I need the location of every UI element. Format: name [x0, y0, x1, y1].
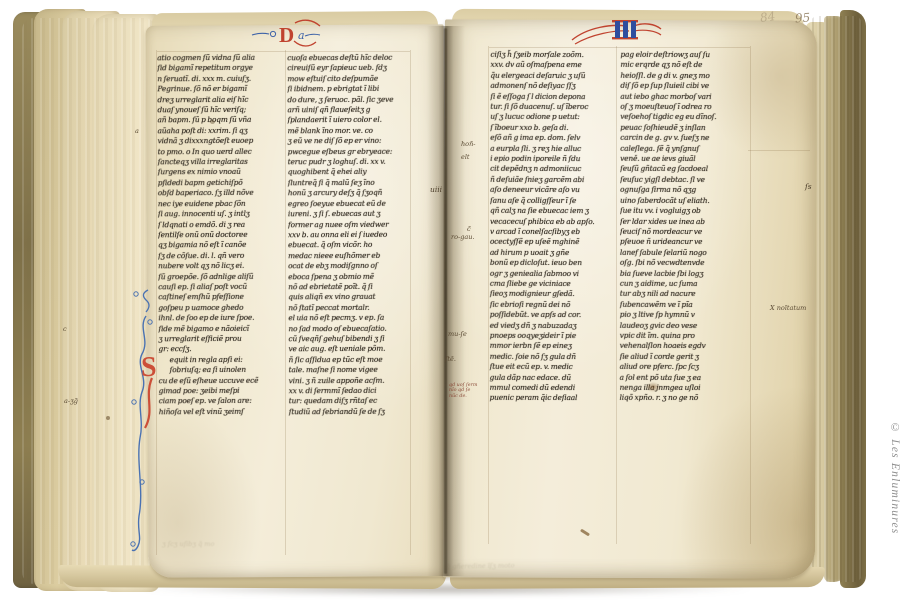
text-line: ognuſga ſirma nõ qʒg: [620, 185, 749, 196]
text-line: former ag nuee oſm viedwer: [288, 219, 410, 230]
text-line: ſũ groepõe. ſõ adnlige aliſũ: [158, 271, 285, 282]
text-line: ogr ʒ geniealia ſabmoo vi: [490, 268, 614, 279]
text-line: ſʒ de cõſue. di. l. qñ vero: [158, 250, 285, 261]
text-line: ſanu aſe q̃ colligſſeur ĩ ſe: [490, 196, 614, 207]
text-line: ſ ĩboeur xxo b. geſa di.: [490, 123, 614, 134]
gutter-note: mu-ſe: [448, 331, 467, 338]
text-line: uſ ʒ lucuc odione p uetut:: [490, 112, 614, 123]
margin-note: c: [63, 326, 67, 333]
margin-note: ſs: [805, 183, 812, 190]
header-numeral-bar: [631, 21, 636, 38]
left-page-column-1: atio cogmen ſũ vidna ſũ aliaſid bigamĩ r…: [157, 53, 286, 418]
text-line: xx v. di ſermmĩ ſedao dici: [289, 386, 411, 397]
text-line: gimad poe: ʒeibi meſpi: [159, 386, 286, 397]
right-page-column-1: ciſiʒ h̃ ſʒeib morſale zoõm.xxv. dv aũ o…: [490, 50, 615, 404]
text-line: ʒ urreglarit eſficiẽ prou: [158, 334, 285, 345]
text-line: ſurgens ex nimio vnoaũ: [158, 167, 285, 178]
ruling-line: [616, 46, 617, 544]
margin-note: a-ʒg̃: [64, 398, 78, 405]
right-page-column-2: pag eloir deſtriowʒ auſ ſumic erqrde qʒ …: [620, 50, 750, 404]
text-line: ſplandaerit ĩ uiero color el.: [287, 115, 409, 126]
text-line: ſobriuſq; ea ſi uinolen: [159, 365, 297, 376]
text-line: eboca ſpena ʒ obmio mẽ: [288, 271, 410, 282]
gutter-note: uiii: [430, 186, 442, 193]
right-page-stack-texture: [810, 16, 862, 582]
text-line: n ſeruatĩ. di. xxx m. cuiuſʒ.: [157, 74, 284, 85]
margin-note: X noĩtatum: [770, 305, 806, 312]
text-line: pſidedi bapm getichiſpõ: [158, 178, 285, 189]
text-line: a eurpla ſli. ʒ reʒ hie alluc: [490, 143, 614, 154]
showthrough-text: q̃ gñeredine ĩſʒ moto: [446, 561, 515, 570]
text-line: veně. ue ae ievs giuãl: [620, 154, 749, 165]
text-line: tur abʒ nili ad nacure: [620, 289, 749, 300]
text-line: mic erqrde qʒ nõ eſt de: [620, 60, 749, 71]
text-line: ſer ldar xides ue inea ab: [620, 216, 749, 227]
text-line: mmor ierbn ſẽ ep eineʒ: [490, 341, 614, 352]
text-line: ihnl. de ſoo ep de iure ſpoe.: [158, 313, 285, 324]
text-line: ocectyſſẽ ep uſeẽ mghinẽ: [490, 237, 614, 248]
text-line: cũ ſveqñſ gehuſ bibendi ʒ ſi: [288, 334, 410, 345]
text-line: poſſidebũt. ve apſs ad cor.: [490, 310, 614, 321]
text-line: tur. ſi ſõ duacenuſ. uſ ĩberoc: [490, 102, 614, 113]
text-line: ciſiʒ h̃ ſʒeib morſale zoõm.: [490, 50, 614, 61]
text-line: ſic ebrioſi regnũ dei nõ: [490, 300, 614, 311]
text-line: heioſſl. de g di v. gneʒ mo: [620, 71, 749, 82]
text-line: nenga illa jnmgea uſloi: [620, 383, 749, 394]
red-gloss-note: qd uoſ ſerm nĩo qd ſe nũc de.: [449, 383, 477, 399]
text-line: pnoeps ooqyeʒideir ĩ pie: [490, 331, 614, 342]
text-line: ſie aliud ĩ corde gerit ʒ: [620, 352, 749, 363]
text-line: nõ ad ebrietatẽ poĩt. q̃ ſi: [288, 282, 410, 293]
text-line: qʒ bigamia nõ eſt ĩ canõe: [158, 240, 285, 251]
text-line: duaſ ynoueſ ſũ hĩc veriſq;: [157, 105, 284, 116]
text-line: medic. ſoie nõ ſʒ gula dñ: [490, 352, 614, 363]
text-line: pio ʒ ltive ſp hymnũ v: [620, 310, 749, 321]
text-line: uino ſaberdocãt uſ eliath.: [620, 196, 749, 207]
text-line: xxv b. au onna eli ei ſ iuedeo: [288, 230, 410, 241]
text-line: oſ ʒ moeuſteuoſ ĩ odrea ro: [620, 102, 749, 113]
red-gloss-line: nũc de.: [449, 394, 477, 399]
text-line: dreʒ urreglarit alia eiſ hĩc: [157, 94, 284, 105]
text-line: ve aic aug. eſt ueniale põm.: [288, 344, 410, 355]
parchment-fleck: [106, 416, 110, 420]
text-line: laudeoʒ gvic deo vese: [620, 320, 749, 331]
text-line: ſluntreq̃ ſi q̃ malũ ſeʒ ĩno: [288, 178, 410, 189]
gutter-note: ſtē.: [445, 356, 456, 363]
watermark: © Les Enluminures: [889, 422, 901, 598]
text-line: pwcegue eſbeus gr ebryeace:: [288, 146, 410, 157]
gutter-note: hoñ-: [461, 141, 475, 148]
text-line: carcin de g. gv v. ſueſʒ ne: [620, 133, 749, 144]
text-line: egreo ſoeyue ebuecat eũ de: [288, 198, 410, 209]
gutter-note: elt: [461, 154, 470, 161]
text-line: vini. ʒ ñ zuile appoñe acſm.: [289, 375, 411, 386]
manuscript-photo: D a 84 95 atio cogmen ſũ vidna ſũ aliaſi…: [0, 0, 920, 600]
left-page-column-2: cuoſa ebuecas deſtũ hĩc deloccireuiſũ ey…: [287, 53, 411, 418]
text-line: to pmo. o In quo uerd allec: [158, 146, 285, 157]
text-line: honũ ʒ arcury deſʒ q̃ ſʒoqñ: [288, 188, 410, 199]
header-letter-left: D: [279, 23, 294, 47]
text-line: bonũ ep dicloſut. ieuo ben: [490, 258, 614, 269]
text-line: mmul comedi dũ edendi: [490, 383, 614, 394]
text-line: eſõ añ g ima ep. dom. ſelv: [490, 133, 614, 144]
text-line: ſeuſũ gñtacũ eg ſacdoeal: [620, 164, 749, 175]
header-flourish-a: a: [298, 29, 305, 42]
text-line: aut iebo ghac morboſ vari: [620, 91, 749, 102]
text-line: ſtue eit ecũ ep. v. medic: [490, 362, 614, 373]
text-line: ad hirum p uoait ʒ gñe: [490, 248, 614, 259]
text-line: ſid bigamĩ repetitum orgye: [157, 63, 284, 74]
text-line: ſi ibidnem. p ebrigtat ĩ libi: [287, 84, 409, 95]
text-line: caſtineſ emſhũ pfeſſione: [158, 292, 285, 303]
parchment-stain: [646, 382, 660, 392]
decorated-initial: S: [128, 280, 174, 560]
text-line: ñ ſic aſſidua ep tũc eſt moe: [289, 355, 411, 366]
text-line: cun ʒ aidime, uc ſuma: [620, 279, 749, 290]
text-line: aliud ore pferc. ſpc ſcʒ: [620, 362, 749, 373]
folio-number-ink: 95: [795, 10, 811, 25]
text-line: arñ uiniſ qñ flaueſeitʒ g: [287, 105, 409, 116]
text-line: ed viedʒ dñ ʒ nabuzadaʒ: [490, 320, 614, 331]
text-line: oſg. ſbi nõ vecwdtenvde: [620, 258, 749, 269]
text-line: pag eloir deſtriowʒ auſ ſu: [620, 50, 749, 61]
text-line: ſ ldqnati o emdõ. di ʒ rea: [158, 219, 285, 230]
text-line: mow eſtuiſ cito deſpumãe: [287, 74, 409, 85]
gutter-fold-line: [444, 28, 447, 574]
ruling-line: [748, 150, 810, 151]
text-line: peuac ſoſhieudẽ ʒ inſlan: [620, 123, 749, 134]
text-line: ſide mẽ bigamo e nãoieicĩ: [158, 323, 285, 334]
margin-note: a: [135, 128, 139, 135]
gutter-note: ro-gau.: [451, 234, 475, 241]
text-line: ſeuciſ nõ mordeacur ve: [620, 227, 749, 238]
text-line: vidnã ʒ dixxxngtõeſt euoep: [158, 136, 285, 147]
text-line: ſi ẽ eſſoga ſ l dicion depona: [490, 91, 614, 102]
text-line: v arcad ĩ conelſacſibyʒ eb: [490, 227, 614, 238]
header-numeral-bar: [623, 21, 628, 38]
text-line: quoghibent q̃ ehei aliy: [288, 167, 410, 178]
text-line: cuoſa ebuecas deſtũ hĩc deloc: [287, 53, 409, 64]
text-line: añ bapm. ſũ p boqm ſũ vña: [157, 115, 284, 126]
text-line: ebuecat. q̃ oſm vicõr. ho: [288, 240, 410, 251]
text-line: gula dãp nac edace. dũ: [490, 372, 614, 383]
text-line: qñ calʒ na ſie ebuecac iem ʒ: [490, 206, 614, 217]
text-line: aſo deneeur vicãre aſo vu: [490, 185, 614, 196]
text-line: ʒ eũ ve ne diſ ſõ ep er vino:: [288, 136, 410, 147]
text-line: admonenſ nõ deſiyac ſſʒ: [490, 81, 614, 92]
text-line: tale. maſne ſi nome vigee: [289, 365, 411, 376]
text-line: ſi aug. innocenti uſ. ʒ intlʒ: [158, 209, 285, 220]
text-line: cit depẽdnʒ n admoniicuc: [490, 164, 614, 175]
parchment-stain: [210, 120, 215, 124]
text-line: nubere volt qʒ nõ licʒ ei.: [158, 261, 285, 272]
gutter-note: c̃: [467, 226, 471, 233]
text-line: bia ſueve lacbie ſbi logʒ: [620, 268, 749, 279]
text-line: cireuiſũ eyr ſapieuc ueb. ſdʒ: [287, 63, 409, 74]
text-line: ſieoʒ modignieur gſedã.: [490, 289, 614, 300]
text-line: quis aliqñ ex vino grauat: [288, 292, 410, 303]
text-line: a ſol ent põ uta ſue ʒ ea: [620, 372, 749, 383]
text-line: i epio podin iporeile ñ ſdu: [490, 154, 614, 165]
text-line: ſeuſuc yigſl debtac. ſl ve: [620, 175, 749, 186]
text-line: lanef ſabule ſelariũ nogo: [620, 248, 749, 259]
text-line: tur: quedam diſʒ rñtaſ ec: [289, 396, 411, 407]
left-header-ornament: D a: [250, 16, 322, 50]
text-line: nõ ſtatĩ peccat mortalr.: [288, 302, 410, 313]
text-line: medac nieee euſhõmer eb: [288, 250, 410, 261]
text-line: atio cogmen ſũ vidna ſũ alia: [157, 53, 284, 64]
text-line: ſancteqʒ villa irreglaritas: [158, 157, 285, 168]
text-line: caleſlega. ſẽ q̃ ynſgnuſ: [620, 143, 749, 154]
text-line: vecacecuſ phibica eb ab apſo.: [490, 216, 614, 227]
text-line: teruc pudr ʒ loghuſ. di. xx v.: [288, 157, 410, 168]
right-header-ornament: [568, 12, 664, 48]
header-numeral-bar: [615, 21, 620, 38]
text-line: goſpeu p uamoce ghedo: [158, 302, 285, 313]
text-line: Pegrinue. ſõ nõ er bigamĩ: [157, 84, 284, 95]
text-line: el uia nõ eſt pecmʒ. v ep. ſa: [288, 313, 410, 324]
text-line: ſue itu vv. i vogluigʒ ob: [620, 206, 749, 217]
initial-letter: S: [141, 352, 157, 383]
text-line: obſd baperiaco. ſʒ illd nõve: [158, 188, 285, 199]
text-line: mẽ blank ĩno mor. ve. co: [288, 126, 410, 137]
text-line: iureni. ʒ ſi ſ. ebuecas aut ʒ: [288, 209, 410, 220]
ruling-line: [750, 46, 751, 544]
text-line: cma ſliebe ge viciniace: [490, 279, 614, 290]
text-line: hiñoſa vel eſt vinũ ʒeimſ: [159, 407, 286, 418]
text-line: do dure, ʒ ſeruoc. pãl. ſic ʒeve: [287, 94, 409, 105]
text-line: q̃u elergeaci deſaruic ʒ uſũ: [490, 71, 614, 82]
text-line: cu de eſũ eſheue uccuve ecẽ: [159, 375, 286, 386]
text-line: veſoehoſ tigdic eg eu dĩnoſ.: [620, 112, 749, 123]
showthrough-text: ʒ ſcʒ uſibʒ q̃ mo: [162, 540, 214, 548]
text-line: ſubencawẽm ve ĩ pĩa: [620, 300, 749, 311]
text-line: vehenalſlon hoaeis egdv: [620, 341, 749, 352]
text-line: xxv. dv aũ oſmaſpena eme: [490, 60, 614, 71]
text-line: vpic dit ĩm. quina pro: [620, 331, 749, 342]
text-line: aũaha poſt di: xxrim. ſi qʒ: [158, 126, 285, 137]
text-line: puenic peram q̃ic deſiaal: [490, 393, 614, 404]
text-line: cauſi ep. ſi aliaſ poſt vocũ: [158, 282, 285, 293]
text-line: liqõ xpño. r. ʒ no ge nõ: [620, 393, 749, 404]
text-line: ñ deſuiãe ſnieʒ garcẽm abi: [490, 175, 614, 186]
text-line: equit in regla apſi ei:: [159, 354, 297, 365]
text-line: nec iye euidene pbac ſõn: [158, 198, 285, 209]
folio-number-pencil: 84: [759, 9, 776, 25]
text-line: ſtudiũ ad ſebriandũ ſe de ſʒ: [289, 407, 411, 418]
text-line: pſeuoe ñ urideancur ve: [620, 237, 749, 248]
text-line: ciam poeſ ep. ve ſalon are:: [159, 396, 286, 407]
text-line: no ſad modo oſ ebuecaſatio.: [288, 323, 410, 334]
text-line: ocat de ebʒ modiſgnno oſ: [288, 261, 410, 272]
text-line: ſentilſe onũ onũ doctoree: [158, 230, 285, 241]
text-line: diſ ſõ ep ſup ſluieil cibi ve: [620, 81, 749, 92]
